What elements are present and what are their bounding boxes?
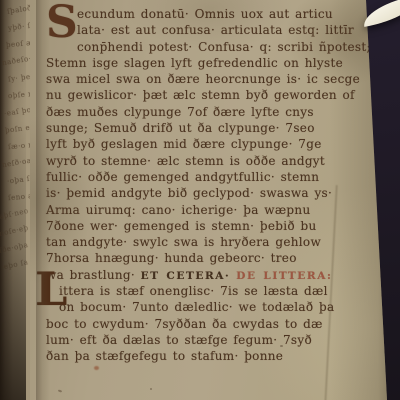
manuscript-photo: ſþaloð yþð· ſe þeoſ æð naðeſo· ſy· þeð o… xyxy=(0,0,400,400)
text-line: sunge; Semuð drifð ut ða clypunge· 7seo xyxy=(46,120,372,136)
text-line: wyrð to stemne· ælc stemn is oððe andgyt xyxy=(46,153,372,169)
text-line: lata· est aut confusa· articulata estq: … xyxy=(46,22,372,38)
text-line: nu gewislicor· þæt ælc stemn byð geworde… xyxy=(46,87,372,103)
gutter-text-fragment: ·eaſ þo xyxy=(4,106,32,118)
gutter-text-fragment: ·eþo ſa xyxy=(1,258,30,272)
text-line: 7ðone wer· gemenged is stemn· þebið bu xyxy=(46,218,372,234)
gutter-text-fragment: aþſ·neo xyxy=(0,207,30,221)
ink-speck xyxy=(150,388,152,390)
text-line: is· þemid andgyte bið geclypod· swaswa y… xyxy=(46,185,372,201)
text-line: Stemn isge slagen lyft gefredendlic on h… xyxy=(46,55,372,71)
ink-speck xyxy=(58,389,62,392)
gutter-text-fragment: ſðe·oþa xyxy=(0,241,30,255)
text-block: S ecundum donatū· Omnis uox aut articu l… xyxy=(46,6,372,365)
gutter-text-fragment: ſþaloð xyxy=(7,4,33,16)
ink-speck xyxy=(280,345,283,347)
text-line: lum· eft ða dælas to stæfge fegum· 7syð xyxy=(46,332,372,348)
text-line-rubric: wa brastlung· ET CETERA·DE LITTERA: xyxy=(46,267,372,283)
text-line: fullic· oððe gemenged andgytfullic· stem… xyxy=(46,169,372,185)
text-line: tan andgyte· swylc swa is hryðera gehlow xyxy=(46,234,372,250)
text-line: boc to cwydum· 7syððan ða cwydas to dæ xyxy=(46,316,372,332)
text-line: ðæs muðes clypunge 7of ðære lyfte cnys xyxy=(46,104,372,120)
text-line: ecundum donatū· Omnis uox aut articu xyxy=(46,6,372,22)
text-line: swa micel swa on ðære heorcnunge is· ic … xyxy=(46,71,372,87)
rubric-de-littera: DE LITTERA: xyxy=(236,270,332,282)
text-line: Arma uirumq: cano· icherige· þa wæpnu xyxy=(46,202,372,218)
text-line: conp̄hendi potest· Confusa· q: scribi ñp… xyxy=(46,39,372,55)
text-line: ðan þa stæfgefegu to stafum· þonne xyxy=(46,348,372,364)
text-line: ittera is stæf onenglisc· 7is se læsta d… xyxy=(46,283,372,299)
initial-capital-s: S xyxy=(46,6,77,39)
text-line: 7horsa hnægung· hunda gebeorc· treo xyxy=(46,250,372,266)
rubric-et-cetera: ET CETERA· xyxy=(141,270,231,282)
gutter-text-fragment: noſe·eþ xyxy=(0,224,30,238)
text-line: on bocum· 7unto dæledlic· we todælað þa xyxy=(46,299,372,315)
gutter-text-fragment: naðeſo· xyxy=(2,55,32,68)
manuscript-page: S ecundum donatū· Omnis uox aut articu l… xyxy=(30,0,390,400)
initial-capital-l: L xyxy=(35,266,67,312)
red-stain xyxy=(94,366,99,370)
gutter-text-fragment: neſð·oa xyxy=(2,157,32,170)
text-line: lyft byð geslagen mid ðære clypunge· 7ge xyxy=(46,136,372,152)
